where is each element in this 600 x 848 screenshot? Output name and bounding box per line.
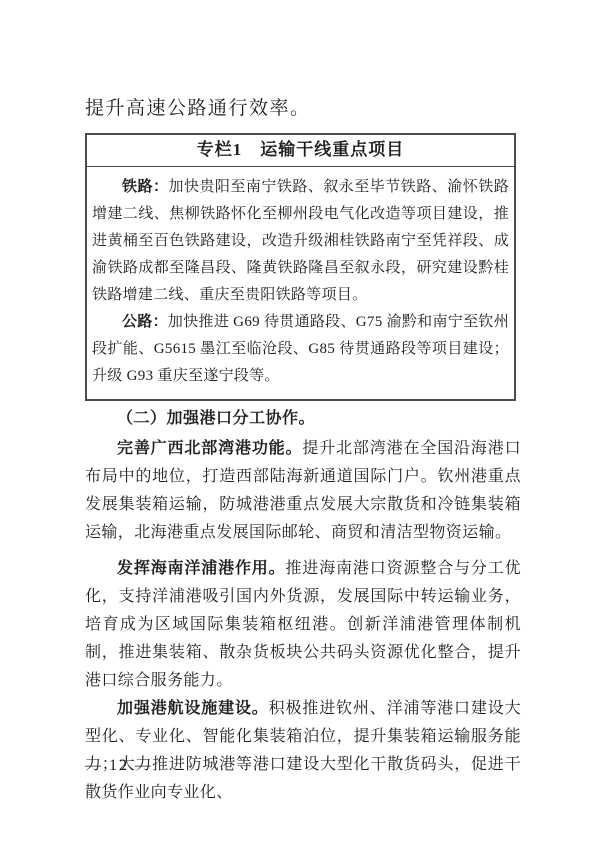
panel-paragraph-railway-text: 加快贵阳至南宁铁路、叙永至毕节铁路、渝怀铁路增建二线、焦柳铁路怀化至柳州段电气化…	[92, 179, 509, 303]
page-number: — 12 —	[85, 757, 153, 775]
paragraph-port-facilities: 加强港航设施建设。积极推进钦州、洋浦等港口建设大型化、专业化、智能化集装箱泊位，…	[85, 695, 521, 807]
intro-paragraph: 提升高速公路通行效率。	[85, 96, 521, 122]
paragraph-hainan-yangpu-lead: 发挥海南洋浦港作用。	[117, 560, 286, 577]
panel-paragraph-railway-lead: 铁路：	[122, 179, 168, 195]
paragraph-hainan-yangpu-text: 推进海南港口资源整合与分工优化，支持洋浦港吸引国内外货源，发展国际中转运输业务，…	[85, 560, 521, 689]
section-heading: （二）加强港口分工协作。	[85, 405, 521, 433]
key-projects-panel: 专栏1 运输干线重点项目 铁路：加快贵阳至南宁铁路、叙永至毕节铁路、渝怀铁路增建…	[85, 133, 516, 401]
body-text: （二）加强港口分工协作。 完善广西北部湾港功能。提升北部湾港在全国沿海港口布局中…	[85, 405, 521, 807]
paragraph-hainan-yangpu: 发挥海南洋浦港作用。推进海南港口资源整合与分工优化，支持洋浦港吸引国内外货源，发…	[85, 555, 521, 695]
panel-paragraph-railway: 铁路：加快贵阳至南宁铁路、叙永至毕节铁路、渝怀铁路增建二线、焦柳铁路怀化至柳州段…	[92, 174, 509, 309]
paragraph-guangxi-beibu-gulf: 完善广西北部湾港功能。提升北部湾港在全国沿海港口布局中的地位，打造西部陆海新通道…	[85, 435, 521, 547]
panel-paragraph-highway: 公路：加快推进 G69 待贯通路段、G75 渝黔和南宁至钦州段扩能、G5615 …	[92, 309, 509, 390]
panel-paragraph-highway-lead: 公路：	[122, 314, 168, 330]
panel-body: 铁路：加快贵阳至南宁铁路、叙永至毕节铁路、渝怀铁路增建二线、焦柳铁路怀化至柳州段…	[87, 167, 514, 399]
paragraph-guangxi-beibu-gulf-lead: 完善广西北部湾港功能。	[117, 440, 302, 457]
paragraph-port-facilities-lead: 加强港航设施建设。	[117, 700, 269, 717]
panel-title: 专栏1 运输干线重点项目	[87, 135, 514, 167]
document-page: 提升高速公路通行效率。 专栏1 运输干线重点项目 铁路：加快贵阳至南宁铁路、叙永…	[0, 0, 600, 848]
